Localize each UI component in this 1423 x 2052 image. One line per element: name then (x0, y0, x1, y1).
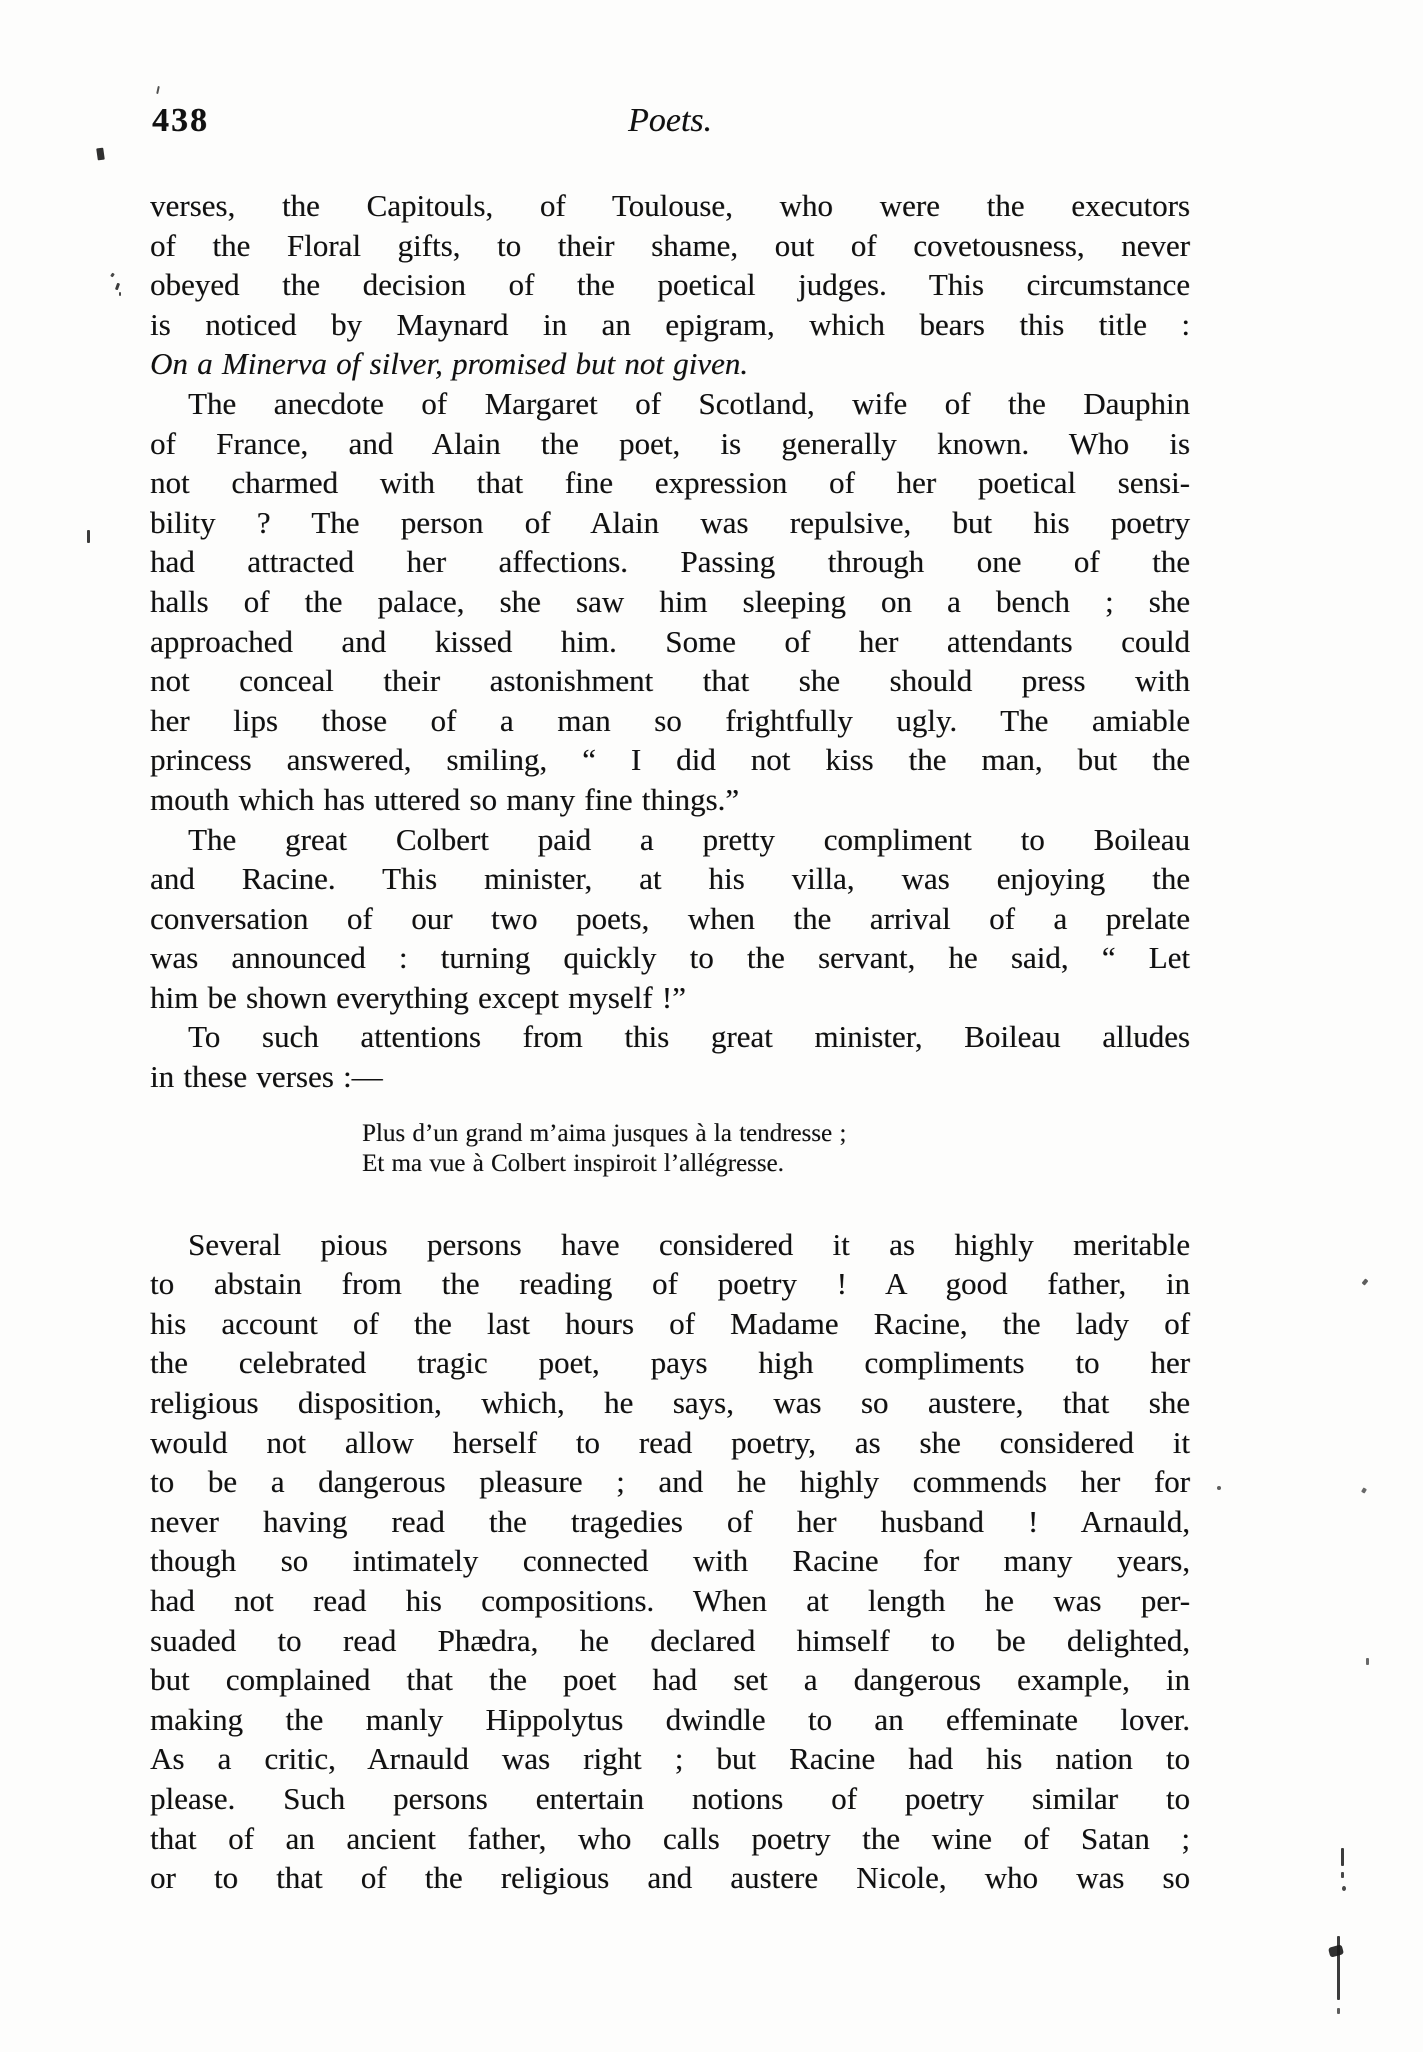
paragraph-1: verses, the Capitouls, of Toulouse, who … (150, 186, 1190, 384)
paragraph-3: The great Colbert paid a pretty complime… (150, 820, 1190, 1018)
verse-line: Plus d’un grand m’aima jusques à la tend… (362, 1119, 1190, 1149)
ink-speck (1366, 1658, 1369, 1665)
text-line: religious disposition, which, he says, w… (150, 1383, 1190, 1423)
text-line: of the Floral gifts, to their shame, out… (150, 226, 1190, 266)
running-head: 438 Poets. (150, 100, 1190, 146)
text-line: approached and kissed him. Some of her a… (150, 622, 1190, 662)
text-line: him be shown everything except myself !” (150, 978, 1190, 1018)
ink-speck (87, 530, 90, 543)
ink-speck (1337, 2008, 1340, 2014)
text-line: to abstain from the reading of poetry ! … (150, 1264, 1190, 1304)
text-line: As a critic, Arnauld was right ; but Rac… (150, 1739, 1190, 1779)
text-line: the celebrated tragic poet, pays high co… (150, 1343, 1190, 1383)
text-line: but complained that the poet had set a d… (150, 1660, 1190, 1700)
text-line: conversation of our two poets, when the … (150, 899, 1190, 939)
text-line: is noticed by Maynard in an epigram, whi… (150, 305, 1190, 345)
ink-speck (115, 283, 120, 291)
text-line: verses, the Capitouls, of Toulouse, who … (150, 186, 1190, 226)
ink-speck (1328, 1944, 1344, 1957)
epigram-title-line: On a Minerva of silver, promised but not… (150, 344, 1190, 384)
verse-line: Et ma vue à Colbert inspiroit l’allégres… (362, 1149, 1190, 1179)
ink-speck (1341, 1872, 1344, 1878)
text-line: halls of the palace, she saw him sleepin… (150, 582, 1190, 622)
paragraph-4: To such attentions from this great minis… (150, 1017, 1190, 1096)
text-line: had attracted her affections. Passing th… (150, 542, 1190, 582)
text-line: never having read the tragedies of her h… (150, 1502, 1190, 1542)
text-line: The anecdote of Margaret of Scotland, wi… (150, 384, 1190, 424)
text-line: would not allow herself to read poetry, … (150, 1423, 1190, 1463)
text-line: making the manly Hippolytus dwindle to a… (150, 1700, 1190, 1740)
text-line: not conceal their astonishment that she … (150, 661, 1190, 701)
text-line: obeyed the decision of the poetical judg… (150, 265, 1190, 305)
ink-speck (1342, 1886, 1346, 1891)
text-line: princess answered, smiling, “ I did not … (150, 740, 1190, 780)
text-line: in these verses :— (150, 1057, 1190, 1097)
text-line: suaded to read Phædra, he declared himse… (150, 1621, 1190, 1661)
text-line: bility ? The person of Alain was repulsi… (150, 503, 1190, 543)
text-line: had not read his compositions. When at l… (150, 1581, 1190, 1621)
ink-speck (1362, 1278, 1369, 1285)
ink-speck (1361, 1487, 1367, 1493)
paragraph-2: The anecdote of Margaret of Scotland, wi… (150, 384, 1190, 820)
text-line: and Racine. This minister, at his villa,… (150, 859, 1190, 899)
text-line: his account of the last hours of Madame … (150, 1304, 1190, 1344)
ink-speck (156, 86, 160, 94)
text-line: was announced : turning quickly to the s… (150, 938, 1190, 978)
paragraph-5: Several pious persons have considered it… (150, 1225, 1190, 1898)
text-line: To such attentions from this great minis… (150, 1017, 1190, 1057)
text-line: of France, and Alain the poet, is genera… (150, 424, 1190, 464)
text-line: mouth which has uttered so many fine thi… (150, 780, 1190, 820)
ink-speck (1217, 1486, 1221, 1490)
ink-speck (110, 273, 115, 278)
text-line: that of an ancient father, who calls poe… (150, 1819, 1190, 1859)
french-verse-block: Plus d’un grand m’aima jusques à la tend… (362, 1119, 1190, 1179)
ink-speck (96, 148, 105, 161)
text-line: though so intimately connected with Raci… (150, 1541, 1190, 1581)
text-line: not charmed with that fine expression of… (150, 463, 1190, 503)
text-line: her lips those of a man so frightfully u… (150, 701, 1190, 741)
text-line: please. Such persons entertain notions o… (150, 1779, 1190, 1819)
ink-speck (119, 292, 121, 296)
text-line: to be a dangerous pleasure ; and he high… (150, 1462, 1190, 1502)
text-line: Several pious persons have considered it… (150, 1225, 1190, 1265)
text-block: verses, the Capitouls, of Toulouse, who … (150, 186, 1190, 1898)
text-line: or to that of the religious and austere … (150, 1858, 1190, 1898)
running-title: Poets. (150, 100, 1190, 142)
text-line: The great Colbert paid a pretty complime… (150, 820, 1190, 860)
ink-speck (1341, 1848, 1344, 1866)
book-page-scan: 438 Poets. verses, the Capitouls, of Tou… (0, 0, 1423, 2052)
